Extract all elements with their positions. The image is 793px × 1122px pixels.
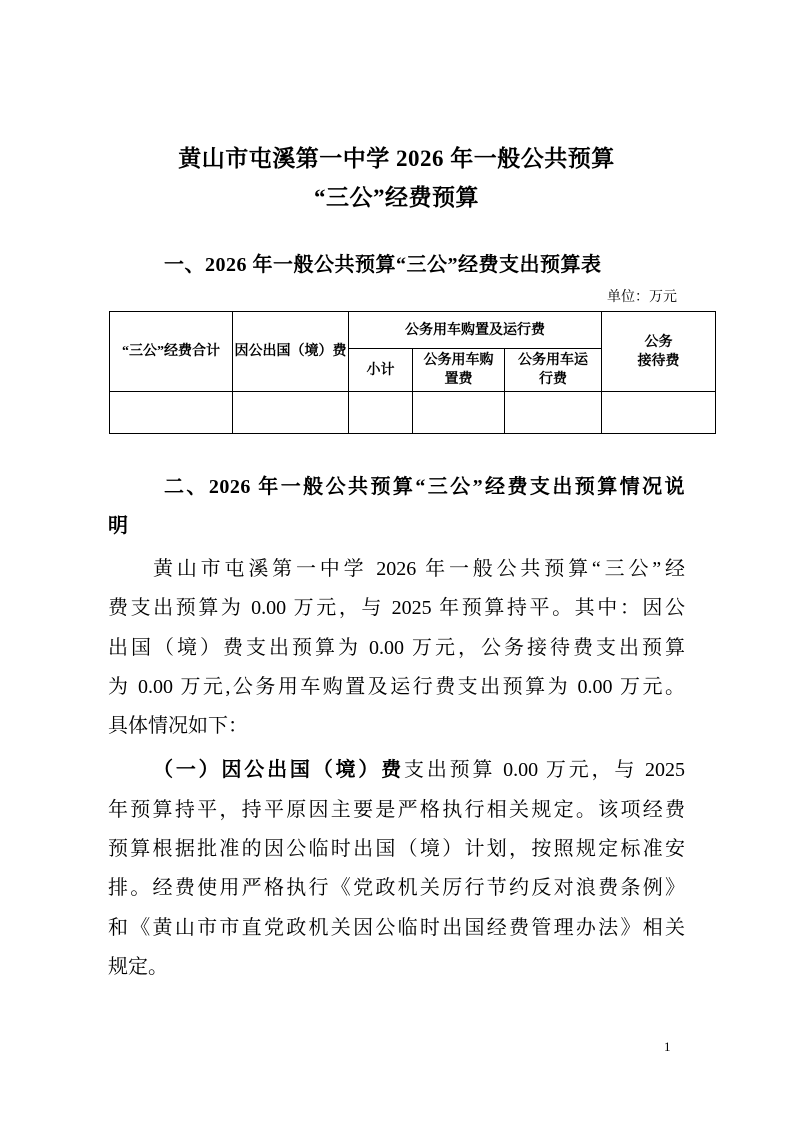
section2-heading-line1: 二、2026 年一般公共预算“三公”经费支出预算情况说 [108, 468, 685, 507]
paragraph-line: 预算根据批准的因公临时出国（境）计划，按照规定标准安 [108, 830, 685, 869]
table-header-reception: 公务 接待费 [602, 312, 716, 392]
table-cell-vehicle-operation [505, 392, 602, 434]
paragraph-line: （一）因公出国（境）费支出预算 0.00 万元，与 2025 [108, 751, 685, 790]
table-header-total: “三公”经费合计 [110, 312, 233, 392]
unit-label: 单位：万元 [108, 286, 677, 306]
paragraph-line: 为 0.00 万元,公务用车购置及运行费支出预算为 0.00 万元。 [108, 668, 685, 707]
page-number: 1 [664, 1039, 671, 1055]
paragraph-lead-bold: （一）因公出国（境）费 [153, 759, 404, 781]
paragraph-line: 规定。 [108, 948, 685, 987]
table-header-vehicle-operation: 公务用车运 行费 [505, 349, 602, 392]
table-cell-reception [602, 392, 716, 434]
section2-heading-line2: 明 [108, 507, 685, 546]
table-header-row-1: “三公”经费合计 因公出国（境）费 公务用车购置及运行费 公务 接待费 [110, 312, 716, 349]
table-header-vehicle-purchase: 公务用车购 置费 [413, 349, 505, 392]
table-header-vehicle-group: 公务用车购置及运行费 [349, 312, 602, 349]
document-title: 黄山市屯溪第一中学 2026 年一般公共预算 “三公”经费预算 [108, 139, 685, 217]
document-title-line2: “三公”经费预算 [108, 178, 685, 217]
paragraph-line: 黄山市屯溪第一中学 2026 年一般公共预算“三公”经 [108, 550, 685, 589]
paragraph-line: 出国（境）费支出预算为 0.00 万元，公务接待费支出预算 [108, 629, 685, 668]
paragraph-line: 排。经费使用严格执行《党政机关厉行节约反对浪费条例》 [108, 869, 685, 908]
table-header-vehicle-subtotal: 小计 [349, 349, 413, 392]
section1-heading: 一、2026 年一般公共预算“三公”经费支出预算表 [108, 248, 708, 277]
document-title-line1: 黄山市屯溪第一中学 2026 年一般公共预算 [108, 139, 685, 178]
table-cell-abroad [233, 392, 349, 434]
section2-heading: 二、2026 年一般公共预算“三公”经费支出预算情况说 明 [108, 468, 685, 546]
paragraph-lead-rest: 支出预算 0.00 万元，与 2025 [404, 759, 685, 781]
body-text: 黄山市屯溪第一中学 2026 年一般公共预算“三公”经 费支出预算为 0.00 … [108, 550, 685, 987]
paragraph-line: 年预算持平，持平原因主要是严格执行相关规定。该项经费 [108, 791, 685, 830]
table-header-abroad: 因公出国（境）费 [233, 312, 349, 392]
table-cell-vehicle-purchase [413, 392, 505, 434]
table-data-row [110, 392, 716, 434]
budget-table: “三公”经费合计 因公出国（境）费 公务用车购置及运行费 公务 接待费 小计 公… [109, 311, 716, 434]
paragraph-line: 和《黄山市市直党政机关因公临时出国经费管理办法》相关 [108, 909, 685, 948]
document-page: 黄山市屯溪第一中学 2026 年一般公共预算 “三公”经费预算 一、2026 年… [0, 0, 793, 1122]
paragraph-line: 费支出预算为 0.00 万元，与 2025 年预算持平。其中：因公 [108, 589, 685, 628]
paragraph-line: 具体情况如下： [108, 707, 685, 746]
table-cell-total [110, 392, 233, 434]
table-cell-vehicle-subtotal [349, 392, 413, 434]
